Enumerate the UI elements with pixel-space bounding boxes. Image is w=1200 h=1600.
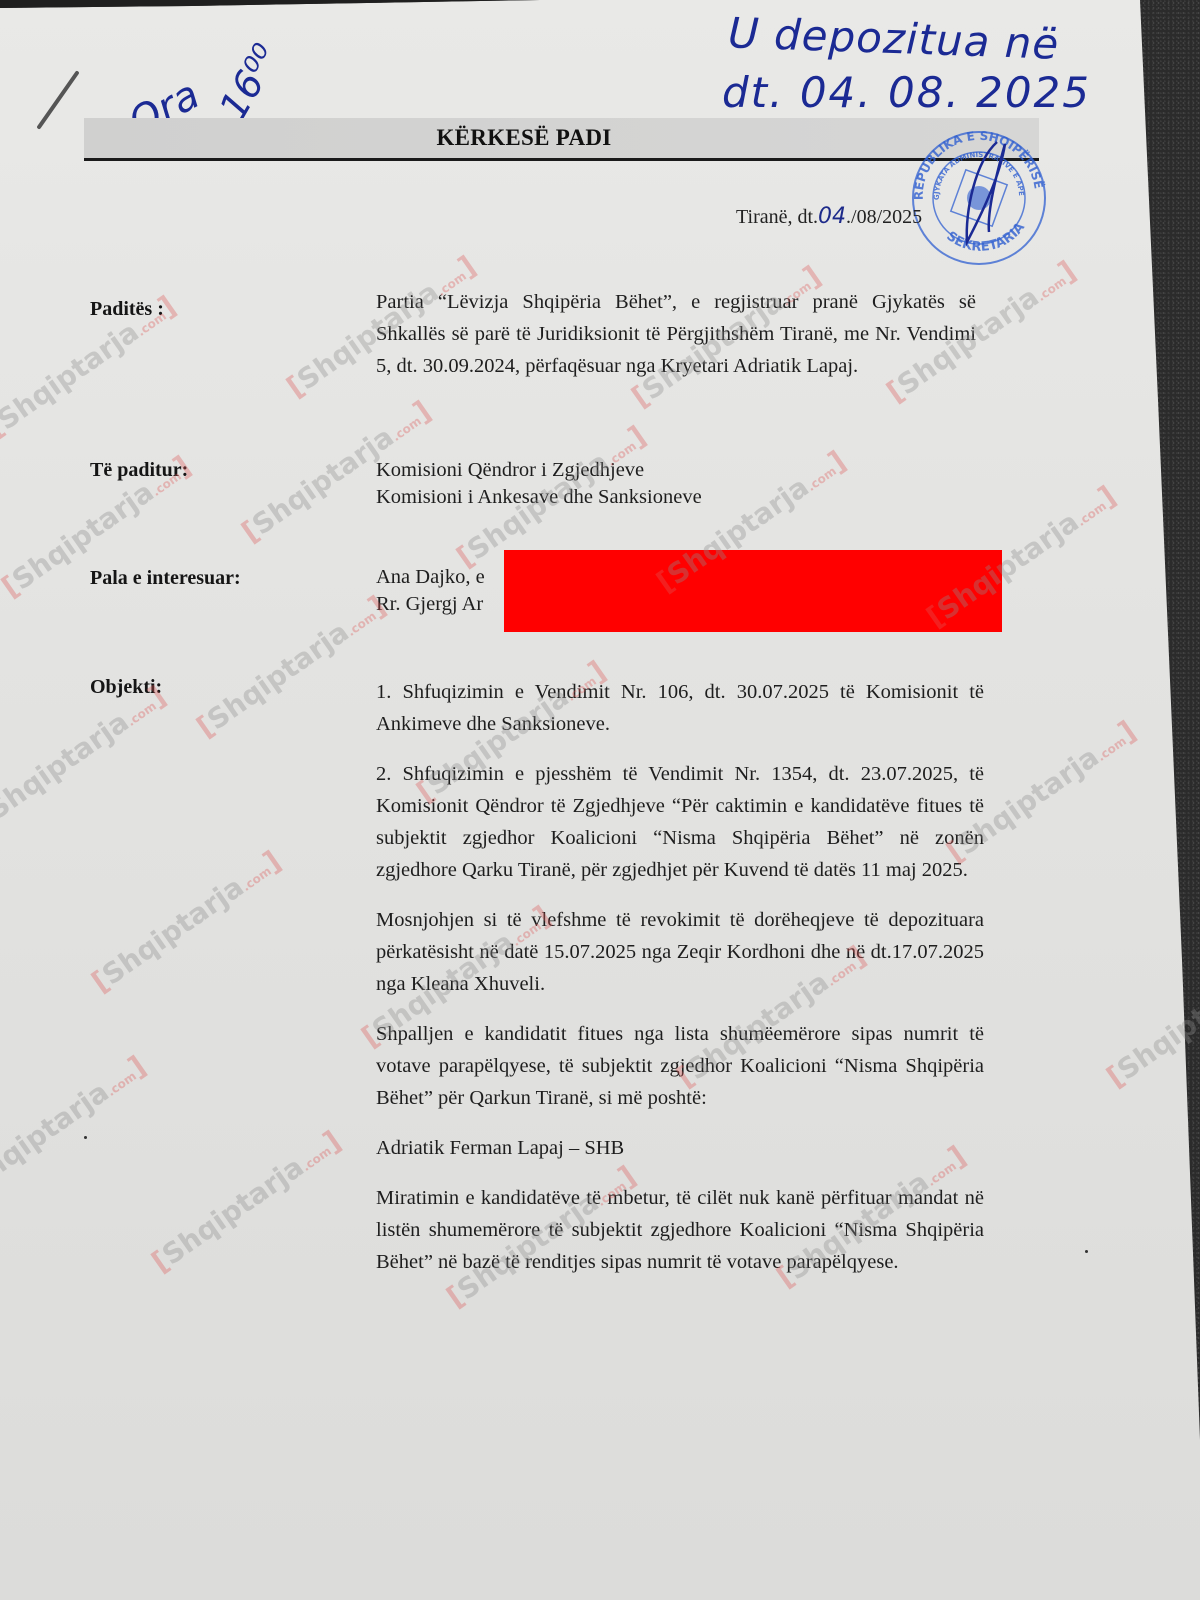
court-stamp-icon: REPUBLIKA E SHQIPËRISË GJYKATA ADMINISTR… [905,122,1053,270]
object-item-2: 2. Shfuqizimin e pjesshëm të Vendimit Nr… [376,758,984,886]
defendant-2: Komisioni i Ankesave dhe Sanksioneve [376,484,976,511]
redaction-box [504,550,1002,632]
defendants-text: Komisioni Qëndror i Zgjedhjeve Komisioni… [376,457,976,511]
label-plaintiff: Paditës : [90,298,164,321]
object-item-5: Miratimin e kandidatëve të mbetur, të ci… [376,1182,984,1278]
label-interested-party: Pala e interesuar: [90,567,241,590]
place-date: Tiranë, dt.04./08/2025 [736,204,922,229]
label-defendants: Të paditur: [90,459,188,482]
ink-speck [1085,1250,1088,1253]
object-text: 1. Shfuqizimin e Vendimit Nr. 106, dt. 3… [376,676,984,1278]
handwritten-day: 04 [818,204,846,229]
plaintiff-paragraph: Partia “Lëvizja Shqipëria Bëhet”, e regj… [376,286,976,382]
winning-candidate: Adriatik Ferman Lapaj – SHB [376,1132,984,1164]
stamp-bottom-text: SEKRETARIA [943,220,1027,255]
object-item-4: Shpalljen e kandidatit fitues nga lista … [376,1018,984,1114]
ink-speck [84,1136,87,1139]
place-date-rest: ./08/2025 [846,206,922,228]
document-title: KËRKESË PADI [84,118,964,158]
title-rule [84,158,1039,161]
object-item-1: 1. Shfuqizimin e Vendimit Nr. 106, dt. 3… [376,676,984,740]
defendant-1: Komisioni Qëndror i Zgjedhjeve [376,457,976,484]
handwritten-deposit-date: dt. 04. 08. 2025 [722,68,1091,117]
place-date-prefix: Tiranë, dt. [736,206,818,228]
svg-text:SEKRETARIA: SEKRETARIA [943,220,1027,255]
label-object: Objekti: [90,676,162,699]
object-item-3: Mosnjohjen si të vlefshme të revokimit t… [376,904,984,1000]
plaintiff-text: Partia “Lëvizja Shqipëria Bëhet”, e regj… [376,286,976,382]
